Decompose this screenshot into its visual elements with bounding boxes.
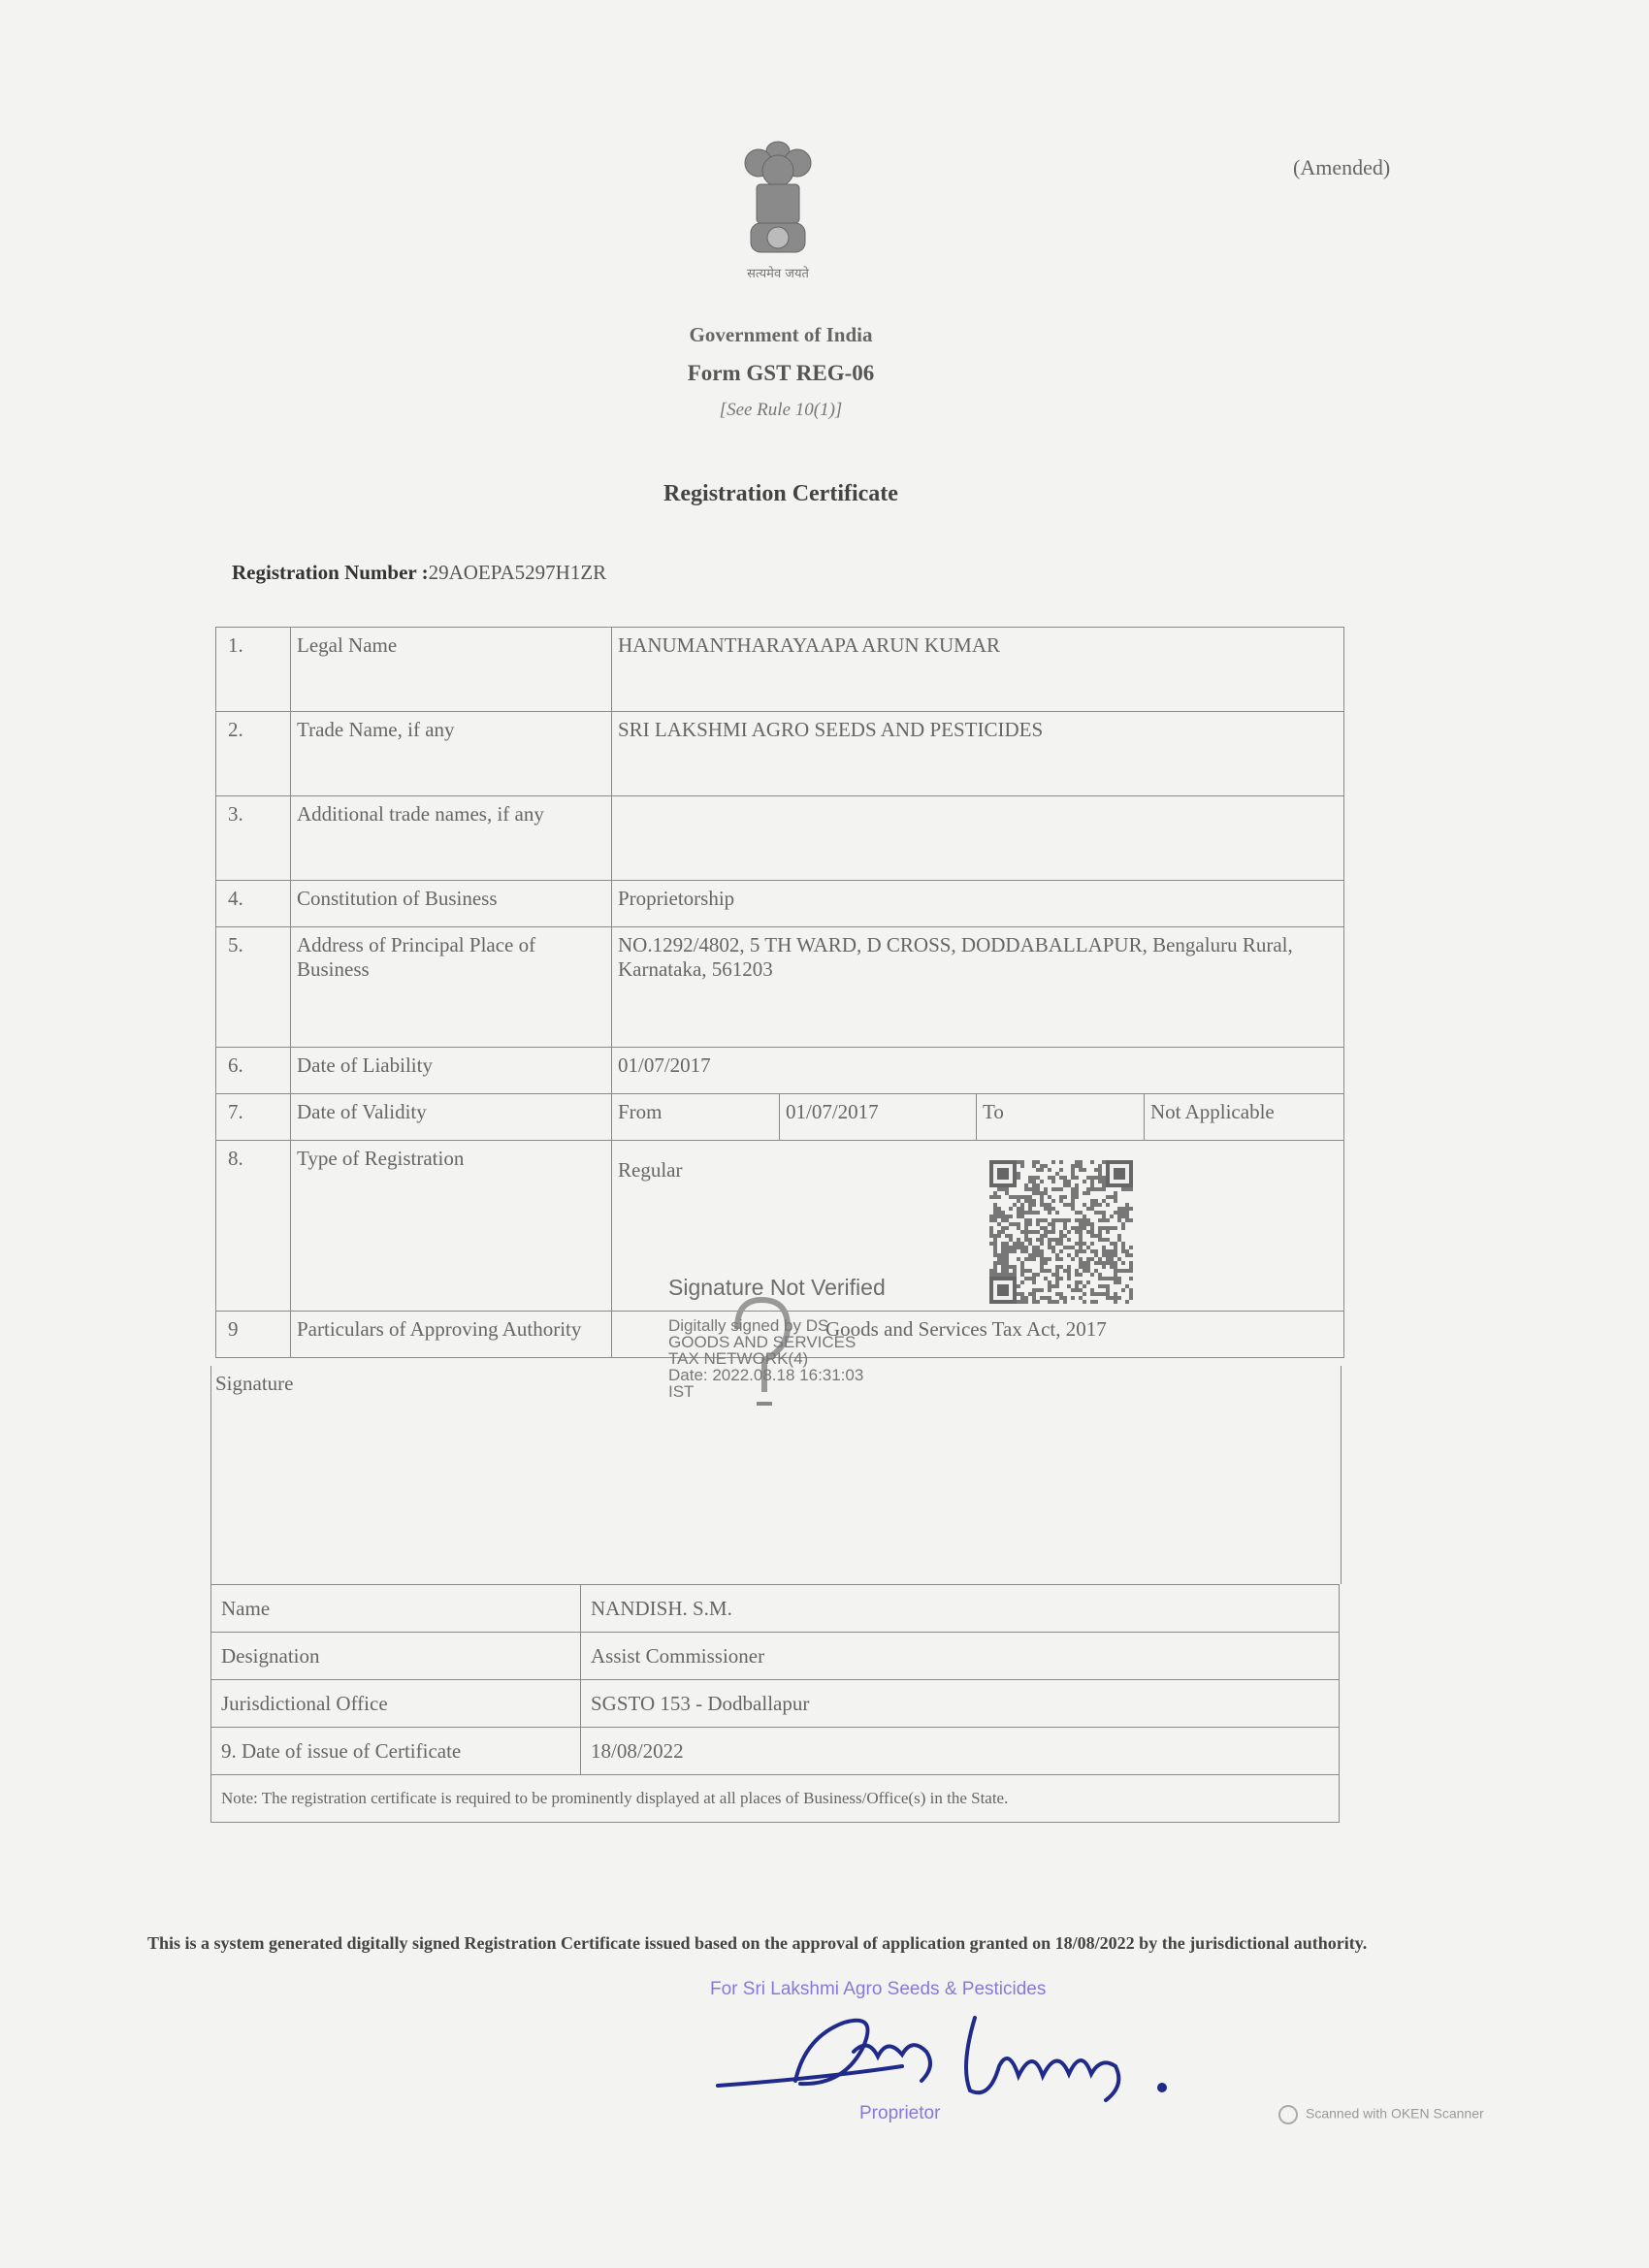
constitution-value: Proprietorship xyxy=(612,881,1344,927)
table-row: Jurisdictional Office SGSTO 153 - Dodbal… xyxy=(211,1680,1340,1728)
authority-label: Jurisdictional Office xyxy=(211,1680,581,1728)
registration-table: 1. Legal Name HANUMANTHARAYAAPA ARUN KUM… xyxy=(215,627,1344,1358)
row-number: 1. xyxy=(216,628,291,712)
scanner-logo-icon xyxy=(1278,2105,1298,2124)
row-label: Additional trade names, if any xyxy=(291,796,612,881)
row-number: 4. xyxy=(216,881,291,927)
qr-code-icon xyxy=(989,1160,1133,1304)
validity-from-label: From xyxy=(612,1094,780,1141)
validity-to-value: Not Applicable xyxy=(1145,1094,1344,1141)
table-row: 9. Date of issue of Certificate 18/08/20… xyxy=(211,1728,1340,1775)
table-row: 2. Trade Name, if any SRI LAKSHMI AGRO S… xyxy=(216,712,1344,796)
amended-label: (Amended) xyxy=(1293,155,1390,180)
table-row: 5. Address of Principal Place of Busines… xyxy=(216,927,1344,1048)
authority-label: Name xyxy=(211,1585,581,1633)
table-row: Designation Assist Commissioner xyxy=(211,1633,1340,1680)
table-row: 6. Date of Liability 01/07/2017 xyxy=(216,1048,1344,1094)
row-number: 3. xyxy=(216,796,291,881)
address-value: NO.1292/4802, 5 TH WARD, D CROSS, DODDAB… xyxy=(612,927,1344,1048)
validity-from-value: 01/07/2017 xyxy=(780,1094,977,1141)
row-number: 6. xyxy=(216,1048,291,1094)
registration-number: Registration Number :29AOEPA5297H1ZR xyxy=(232,561,606,585)
motto: सत्यमेव जयते xyxy=(727,264,828,281)
legal-name-value: HANUMANTHARAYAAPA ARUN KUMAR xyxy=(612,628,1344,712)
form-name: Form GST REG-06 xyxy=(582,361,980,386)
row-label: Particulars of Approving Authority xyxy=(291,1312,612,1358)
row-label: Constitution of Business xyxy=(291,881,612,927)
validity-to-label: To xyxy=(977,1094,1145,1141)
registration-type-text: Regular xyxy=(618,1158,682,1182)
page-title: Registration Certificate xyxy=(582,481,980,507)
row-label: Date of Liability xyxy=(291,1048,612,1094)
row-number: 8. xyxy=(216,1141,291,1312)
row-label: Address of Principal Place of Business xyxy=(291,927,612,1048)
authority-value: 18/08/2022 xyxy=(581,1728,1340,1775)
table-row: Name NANDISH. S.M. xyxy=(211,1585,1340,1633)
authority-value: SGSTO 153 - Dodballapur xyxy=(581,1680,1340,1728)
note: Note: The registration certificate is re… xyxy=(211,1775,1340,1823)
trade-name-value: SRI LAKSHMI AGRO SEEDS AND PESTICIDES xyxy=(612,712,1344,796)
row-label: Type of Registration xyxy=(291,1141,612,1312)
scanner-watermark: Scanned with OKEN Scanner xyxy=(1278,2105,1484,2124)
row-label: Trade Name, if any xyxy=(291,712,612,796)
authority-label: Designation xyxy=(211,1633,581,1680)
signature-box xyxy=(210,1366,1342,1584)
handwritten-signature-icon xyxy=(708,2008,1251,2115)
table-row: Note: The registration certificate is re… xyxy=(211,1775,1340,1823)
footer-statement: This is a system generated digitally sig… xyxy=(147,1928,1408,1958)
registration-number-value: 29AOEPA5297H1ZR xyxy=(429,561,607,584)
registration-number-label: Registration Number : xyxy=(232,561,429,584)
authority-value: Assist Commissioner xyxy=(581,1633,1340,1680)
row-number: 7. xyxy=(216,1094,291,1141)
signature-status: Signature Not Verified xyxy=(668,1275,886,1301)
row-label: Date of Validity xyxy=(291,1094,612,1141)
liability-date-value: 01/07/2017 xyxy=(612,1048,1344,1094)
table-row: 7. Date of Validity From 01/07/2017 To N… xyxy=(216,1094,1344,1141)
table-row: 1. Legal Name HANUMANTHARAYAAPA ARUN KUM… xyxy=(216,628,1344,712)
proprietor-stamp: Proprietor xyxy=(859,2103,940,2124)
additional-trade-names-value xyxy=(612,796,1344,881)
row-number: 5. xyxy=(216,927,291,1048)
authority-table: Name NANDISH. S.M. Designation Assist Co… xyxy=(210,1584,1340,1823)
signature-label: Signature xyxy=(215,1372,293,1396)
table-row: 4. Constitution of Business Proprietorsh… xyxy=(216,881,1344,927)
table-row: 3. Additional trade names, if any xyxy=(216,796,1344,881)
company-stamp: For Sri Lakshmi Agro Seeds & Pesticides xyxy=(710,1979,1046,2000)
row-number: 9 xyxy=(216,1312,291,1358)
authority-value: NANDISH. S.M. xyxy=(581,1585,1340,1633)
government-heading: Government of India xyxy=(582,323,980,347)
authority-label: 9. Date of issue of Certificate xyxy=(211,1728,581,1775)
row-label: Legal Name xyxy=(291,628,612,712)
rule-reference: [See Rule 10(1)] xyxy=(582,400,980,421)
row-number: 2. xyxy=(216,712,291,796)
